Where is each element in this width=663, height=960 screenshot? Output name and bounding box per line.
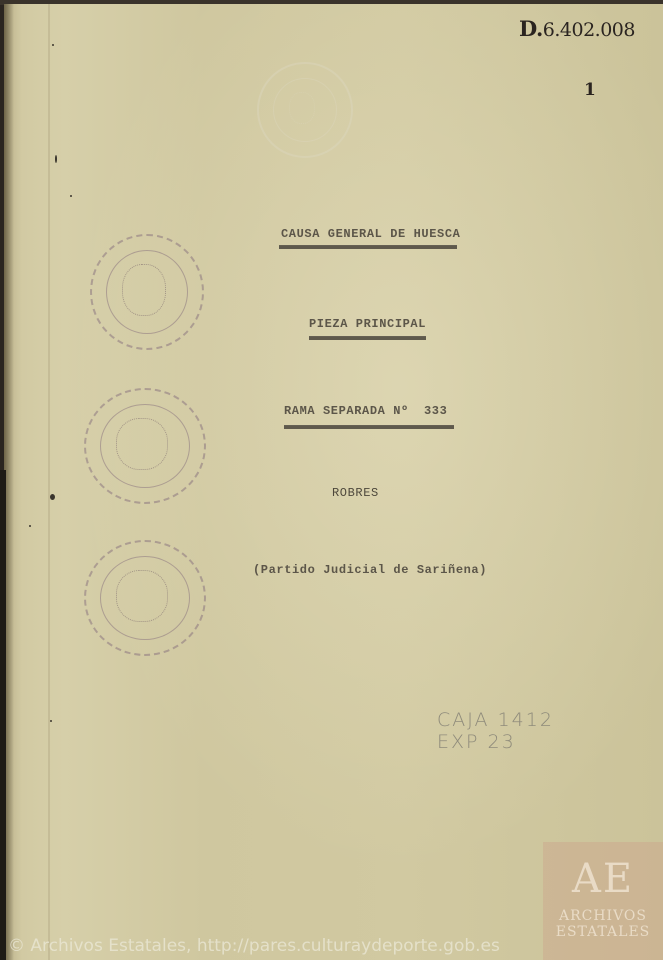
locality-text: ROBRES xyxy=(332,486,379,500)
copyright-watermark: © Archivos Estatales, http://pares.cultu… xyxy=(0,936,663,956)
dry-seal-core xyxy=(289,92,315,124)
section-text: PIEZA PRINCIPAL xyxy=(309,317,426,331)
paper-speck xyxy=(70,195,72,197)
page-fold xyxy=(48,4,50,960)
ink-stamp-2-core xyxy=(116,418,168,470)
ink-stamp-3-core xyxy=(116,570,168,622)
logo-mark: AE xyxy=(543,856,663,902)
ink-stamp-1 xyxy=(90,234,204,350)
ink-stamp-3 xyxy=(84,540,206,656)
heading-underline xyxy=(279,245,457,249)
handwritten-box-number: CAJA 1412 xyxy=(437,709,554,731)
logo-line-1: ARCHIVOS xyxy=(543,908,663,924)
paper-speck xyxy=(50,720,52,722)
signature-number: 6.402.008 xyxy=(543,19,635,41)
paper-speck xyxy=(29,525,31,527)
scan-left-shadow xyxy=(0,470,6,960)
paper-speck xyxy=(55,155,57,163)
heading-text: CAUSA GENERAL DE HUESCA xyxy=(281,227,460,241)
section-underline xyxy=(309,336,426,340)
folio-number: 1 xyxy=(584,80,596,100)
branch-label: RAMA SEPARADA Nº xyxy=(284,404,409,418)
handwritten-file-number: EXP 23 xyxy=(437,731,516,753)
ink-stamp-1-core xyxy=(122,264,166,316)
paper-speck xyxy=(52,44,54,46)
ink-stamp-2 xyxy=(84,388,206,504)
paper-speck xyxy=(50,494,55,500)
branch-number: 333 xyxy=(424,404,447,418)
signature-prefix: D. xyxy=(519,16,543,41)
archive-signature: D.6.402.008 xyxy=(519,16,635,41)
district-text: (Partido Judicial de Sariñena) xyxy=(253,563,487,577)
branch-underline xyxy=(284,425,454,429)
dry-seal-stamp xyxy=(257,62,353,158)
